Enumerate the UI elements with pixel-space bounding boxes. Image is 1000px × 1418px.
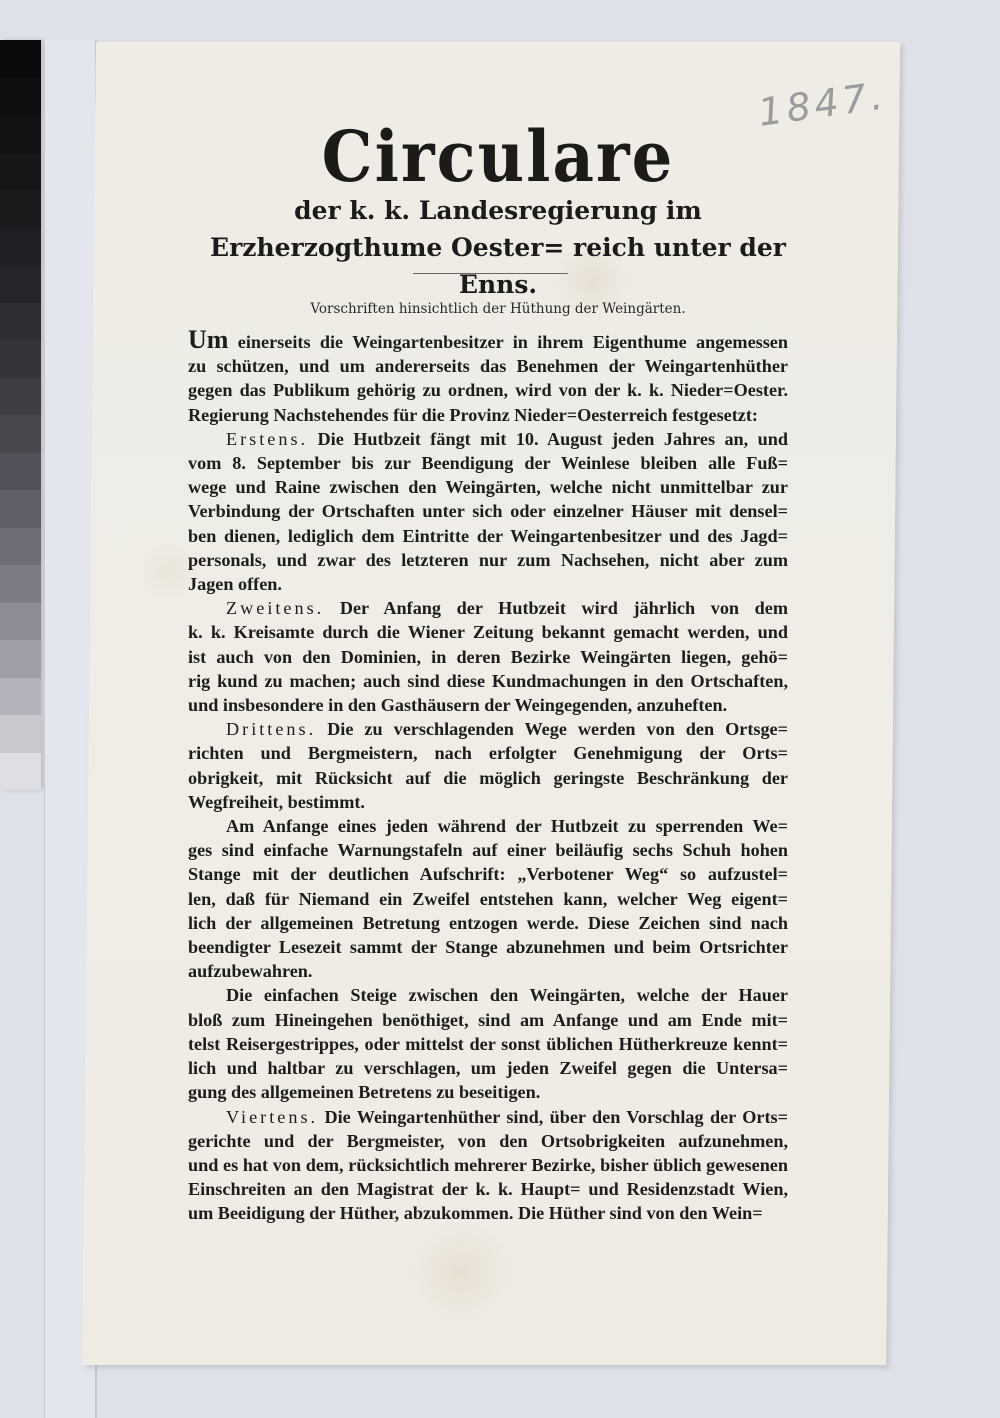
paragraph: Erstens. Die Hutbzeit fängt mit 10. Augu… xyxy=(188,427,788,596)
paragraph: Viertens. Die Weingartenhüther sind, übe… xyxy=(188,1105,788,1226)
section-lead: Drittens. xyxy=(226,719,316,739)
gray-step xyxy=(0,753,41,791)
text-line: aufzubewahren. xyxy=(188,959,788,983)
gray-step xyxy=(0,603,41,641)
drop-cap-lead: Um xyxy=(188,328,228,354)
text-line: und insbesondere in den Gasthäusern der … xyxy=(188,693,788,717)
text-line: lich und haltbar zu verschlagen, um jede… xyxy=(188,1056,788,1080)
text-line: len, daß für Niemand ein Zweifel entsteh… xyxy=(188,887,788,911)
gray-step xyxy=(0,415,41,453)
gray-step xyxy=(0,78,41,116)
gray-step xyxy=(0,378,41,416)
text-line: und es hat von dem, rücksichtlich mehrer… xyxy=(188,1153,788,1177)
text-line: bloß zum Hineingehen benöthiget, sind am… xyxy=(188,1008,788,1032)
text-line: gerichte und der Bergmeister, von den Or… xyxy=(188,1129,788,1153)
text-line: Zweitens. Der Anfang der Hutbzeit wird j… xyxy=(188,596,788,620)
gray-step xyxy=(0,640,41,678)
text-line: telst Reisergestrippes, oder mittelst de… xyxy=(188,1032,788,1056)
text-line: Am Anfange eines jeden während der Hutbz… xyxy=(188,814,788,838)
gray-step xyxy=(0,40,41,78)
text-line: Regierung Nachstehendes für die Provinz … xyxy=(188,403,788,427)
text-line: Die einfachen Steige zwischen den Weingä… xyxy=(188,983,788,1007)
paragraph: Um einerseits die Weingartenbesitzer in … xyxy=(188,328,788,427)
text-line: Viertens. Die Weingartenhüther sind, übe… xyxy=(188,1105,788,1129)
gray-step xyxy=(0,453,41,491)
text-line: Jagen offen. xyxy=(188,572,788,596)
text-line: k. k. Kreisamte durch die Wiener Zeitung… xyxy=(188,620,788,644)
gray-step xyxy=(0,715,41,753)
document-subtitle: der k. k. Landesregierung im Erzherzogth… xyxy=(180,192,816,303)
text-line: ist auch von den Dominien, in deren Bezi… xyxy=(188,645,788,669)
section-lead: Erstens. xyxy=(226,429,308,449)
text-line: lich der allgemeinen Betretung entzogen … xyxy=(188,911,788,935)
gray-step xyxy=(0,565,41,603)
text-line: richten und Bergmeistern, nach erfolgter… xyxy=(188,741,788,765)
document-body: Um einerseits die Weingartenbesitzer in … xyxy=(188,328,788,1226)
text-line: Um einerseits die Weingartenbesitzer in … xyxy=(188,328,788,354)
paragraph: Drittens. Die zu verschlagenden Wege wer… xyxy=(188,717,788,814)
text-line: um Beeidigung der Hüther, abzukommen. Di… xyxy=(188,1201,788,1225)
text-line: ges sind einfache Warnungstafeln auf ein… xyxy=(188,838,788,862)
text-line: wege und Raine zwischen den Weingärten, … xyxy=(188,475,788,499)
paragraph: Am Anfange eines jeden während der Hutbz… xyxy=(188,814,788,983)
text-line: gung des allgemeinen Betretens zu beseit… xyxy=(188,1080,788,1104)
gray-step xyxy=(0,265,41,303)
section-lead: Zweitens. xyxy=(226,598,324,618)
gray-step xyxy=(0,115,41,153)
text-line: zu schützen, und um andererseits das Ben… xyxy=(188,354,788,378)
text-line: obrigkeit, mit Rücksicht auf die möglich… xyxy=(188,766,788,790)
text-line: personals, und zwar des letzteren nur zu… xyxy=(188,548,788,572)
gray-step xyxy=(0,228,41,266)
text-line: Drittens. Die zu verschlagenden Wege wer… xyxy=(188,717,788,741)
text-line: ben dienen, lediglich dem Eintritte der … xyxy=(188,524,788,548)
section-lead: Viertens. xyxy=(226,1107,318,1127)
gray-step xyxy=(0,153,41,191)
grayscale-calibration-strip xyxy=(0,40,41,790)
text-line: beendigter Lesezeit sammt der Stange abz… xyxy=(188,935,788,959)
document-page: 1847. Circulare der k. k. Landesregierun… xyxy=(96,42,900,1365)
text-line: Erstens. Die Hutbzeit fängt mit 10. Augu… xyxy=(188,427,788,451)
text-line: gegen das Publikum gehörig zu ordnen, wi… xyxy=(188,378,788,402)
gray-step xyxy=(0,528,41,566)
paragraph: Zweitens. Der Anfang der Hutbzeit wird j… xyxy=(188,596,788,717)
paragraph: Die einfachen Steige zwischen den Weingä… xyxy=(188,983,788,1104)
text-line: Wegfreiheit, bestimmt. xyxy=(188,790,788,814)
title-divider xyxy=(413,273,568,274)
section-heading: Vorschriften hinsichtlich der Hüthung de… xyxy=(96,301,900,317)
text-line: rig kund zu machen; auch sind diese Kund… xyxy=(188,669,788,693)
gray-step xyxy=(0,678,41,716)
gray-step xyxy=(0,340,41,378)
gray-step xyxy=(0,490,41,528)
gray-step xyxy=(0,303,41,341)
text-line: Einschreiten an den Magistrat der k. k. … xyxy=(188,1177,788,1201)
text-line: vom 8. September bis zur Beendigung der … xyxy=(188,451,788,475)
document-title: Circulare xyxy=(96,116,900,199)
text-line: Stange mit der deutlichen Aufschrift: „V… xyxy=(188,862,788,886)
text-line: Verbindung der Ortschaften unter sich od… xyxy=(188,499,788,523)
gray-step xyxy=(0,190,41,228)
